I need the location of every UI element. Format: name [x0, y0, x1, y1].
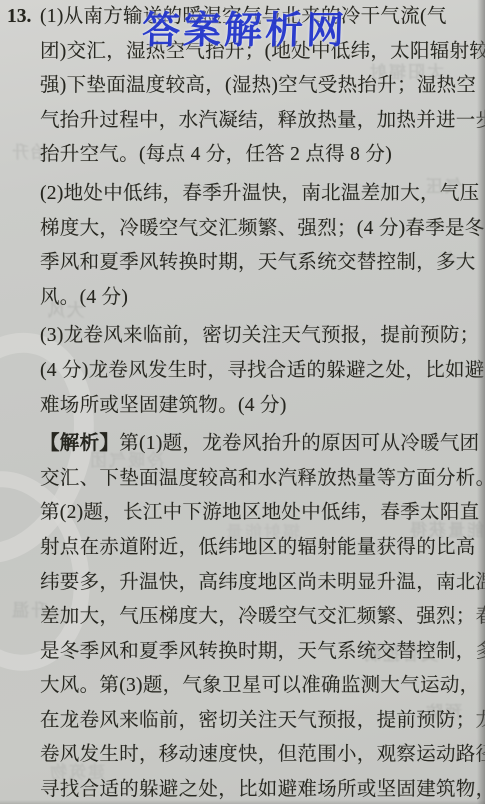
page-edge-shadow: [0, 800, 485, 804]
scanned-answer-page: 太阳辐射 抬升 气压 大风 冬 冷暖气团 能量获得 升温 交替控制 建筑物 预防…: [0, 0, 485, 804]
answer-part-2: (2)地处中低纬，春季升温快，南北温差加大，气压 梯度大，冷暖空气交汇频繁、强烈…: [40, 177, 480, 315]
page-edge-shadow: [477, 0, 485, 804]
analysis-label: 【解析】: [40, 433, 119, 454]
answer-part-3: (3)龙卷风来临前，密切关注天气预报，提前预防； (4 分)龙卷风发生时，寻找合…: [40, 319, 480, 423]
question-number: 13.: [7, 0, 31, 35]
analysis-text: 第(1)题，龙卷风抬升的原因可从冷暖气团 交汇、下垫面温度较高和水汽释放热量等方…: [40, 433, 485, 800]
answer-item-13: (1)从南方输送的暖湿空气与北来的冷干气流(气 团)交汇，湿热空气抬升；(地处中…: [40, 0, 480, 804]
analysis-paragraph: 【解析】第(1)题，龙卷风抬升的原因可从冷暖气团 交汇、下垫面温度较高和水汽释放…: [40, 427, 480, 804]
site-watermark: 答案解析网: [141, 9, 348, 53]
